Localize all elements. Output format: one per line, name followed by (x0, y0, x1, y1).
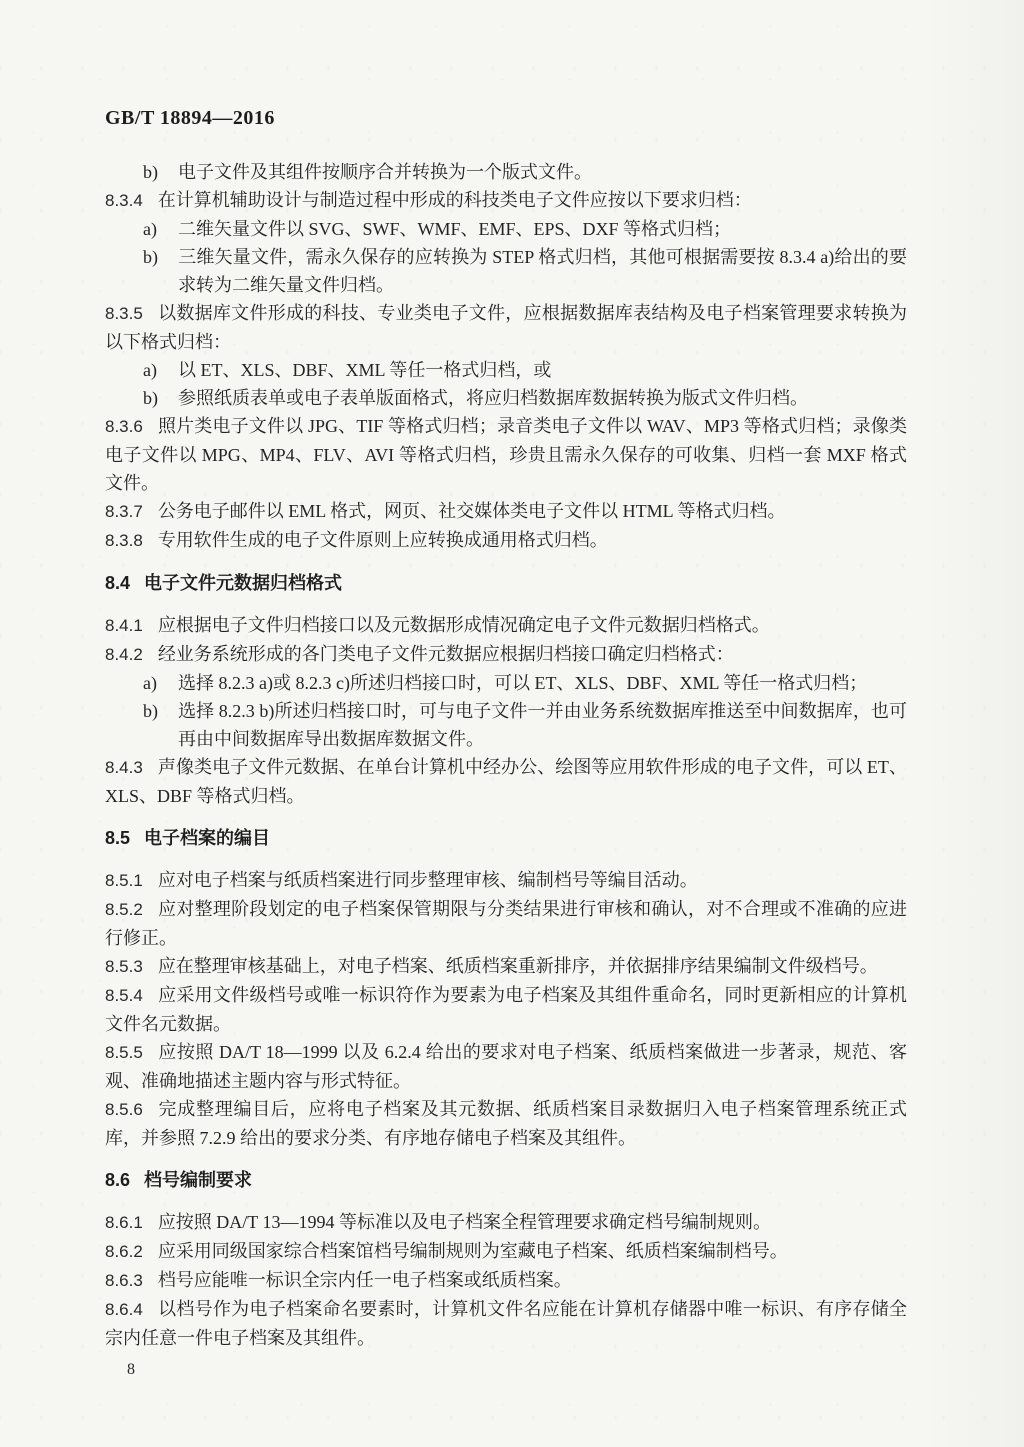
clause-text: 经业务系统形成的各门类电子文件元数据应根据归档接口确定归档格式： (158, 644, 734, 664)
clause-number: 8.5.1 (105, 871, 143, 890)
list-item-8-3-5-a: a)以 ET、XLS、DBF、XML 等任一格式归档，或 (105, 356, 907, 384)
clause-number: 8.6.1 (105, 1213, 143, 1232)
heading-number: 8.5 (105, 828, 130, 848)
heading-text: 电子文件元数据归档格式 (144, 573, 342, 593)
clause-8-4-1: 8.4.1应根据电子文件归档接口以及元数据形成情况确定电子文件元数据归档格式。 (105, 611, 907, 640)
clause-8-3-5: 8.3.5以数据库文件形成的科技、专业类电子文件，应根据数据库表结构及电子档案管… (105, 299, 907, 356)
clause-8-4-3: 8.4.3声像类电子文件元数据、在单台计算机中经办公、绘图等应用软件形成的电子文… (105, 753, 907, 810)
clause-text: 以档号作为电子档案命名要素时，计算机文件名应能在计算机存储器中唯一标识、有序存储… (105, 1299, 907, 1348)
clause-text: 应采用同级国家综合档案馆档号编制规则为室藏电子档案、纸质档案编制档号。 (158, 1241, 788, 1261)
section-heading-8-4: 8.4电子文件元数据归档格式 (105, 569, 907, 597)
list-text: 参照纸质表单或电子表单版面格式，将应归档数据库数据转换为版式文件归档。 (178, 388, 808, 408)
section-heading-8-6: 8.6档号编制要求 (105, 1166, 907, 1194)
list-item-8-3-4-a: a)二维矢量文件以 SVG、SWF、WMF、EMF、EPS、DXF 等格式归档； (105, 215, 907, 243)
list-item-8-4-2-b: b)选择 8.2.3 b)所述归档接口时，可与电子文件一并由业务系统数据库推送至… (105, 697, 907, 753)
clause-8-6-2: 8.6.2应采用同级国家综合档案馆档号编制规则为室藏电子档案、纸质档案编制档号。 (105, 1237, 907, 1266)
list-item-8-4-2-a: a)选择 8.2.3 a)或 8.2.3 c)所述归档接口时，可以 ET、XLS… (105, 669, 907, 697)
clause-text: 在计算机辅助设计与制造过程中形成的科技类电子文件应按以下要求归档： (158, 190, 752, 210)
heading-text: 档号编制要求 (144, 1170, 252, 1190)
list-item-8-3-4-b: b)三维矢量文件，需永久保存的应转换为 STEP 格式归档，其他可根据需要按 8… (105, 243, 907, 299)
list-item-b-carryover: b)电子文件及其组件按顺序合并转换为一个版式文件。 (105, 158, 907, 186)
clause-8-6-1: 8.6.1应按照 DA/T 13—1994 等标准以及电子档案全程管理要求确定档… (105, 1208, 907, 1237)
clause-number: 8.3.7 (105, 502, 143, 521)
list-label: a) (143, 356, 178, 384)
heading-number: 8.4 (105, 573, 130, 593)
clause-number: 8.3.5 (105, 304, 143, 323)
clause-8-5-1: 8.5.1应对电子档案与纸质档案进行同步整理审核、编制档号等编目活动。 (105, 866, 907, 895)
clause-8-5-3: 8.5.3应在整理审核基础上，对电子档案、纸质档案重新排序，并依据排序结果编制文… (105, 952, 907, 981)
clause-text: 档号应能唯一标识全宗内任一电子档案或纸质档案。 (158, 1270, 572, 1290)
document-code-header: GB/T 18894—2016 (105, 106, 907, 130)
clause-text: 专用软件生成的电子文件原则上应转换成通用格式归档。 (158, 530, 608, 550)
list-item-8-3-5-b: b)参照纸质表单或电子表单版面格式，将应归档数据库数据转换为版式文件归档。 (105, 384, 907, 412)
clause-number: 8.5.2 (105, 900, 143, 919)
clause-text: 公务电子邮件以 EML 格式，网页、社交媒体类电子文件以 HTML 等格式归档。 (158, 501, 786, 521)
list-label: b) (143, 697, 178, 725)
clause-8-6-4: 8.6.4以档号作为电子档案命名要素时，计算机文件名应能在计算机存储器中唯一标识… (105, 1295, 907, 1352)
list-label: b) (143, 158, 178, 186)
clause-number: 8.6.4 (105, 1300, 143, 1319)
clause-8-5-4: 8.5.4应采用文件级档号或唯一标识符作为要素为电子档案及其组件重命名，同时更新… (105, 981, 907, 1038)
clause-8-4-2: 8.4.2经业务系统形成的各门类电子文件元数据应根据归档接口确定归档格式： (105, 640, 907, 669)
clause-text: 应采用文件级档号或唯一标识符作为要素为电子档案及其组件重命名，同时更新相应的计算… (105, 985, 907, 1034)
heading-text: 电子档案的编目 (144, 828, 270, 848)
clause-number: 8.6.2 (105, 1242, 143, 1261)
clause-text: 应根据电子文件归档接口以及元数据形成情况确定电子文件元数据归档格式。 (158, 615, 770, 635)
list-label: b) (143, 243, 178, 271)
clause-number: 8.5.5 (105, 1043, 143, 1062)
list-text: 选择 8.2.3 a)或 8.2.3 c)所述归档接口时，可以 ET、XLS、D… (178, 673, 867, 693)
clause-number: 8.4.1 (105, 616, 143, 635)
clause-text: 以数据库文件形成的科技、专业类电子文件，应根据数据库表结构及电子档案管理要求转换… (105, 303, 907, 352)
clause-number: 8.3.8 (105, 531, 143, 550)
list-text: 以 ET、XLS、DBF、XML 等任一格式归档，或 (178, 360, 551, 380)
clause-8-5-6: 8.5.6完成整理编目后，应将电子档案及其元数据、纸质档案目录数据归入电子档案管… (105, 1095, 907, 1152)
list-label: a) (143, 669, 178, 697)
clause-number: 8.4.2 (105, 645, 143, 664)
clause-8-6-3: 8.6.3档号应能唯一标识全宗内任一电子档案或纸质档案。 (105, 1266, 907, 1295)
clause-number: 8.6.3 (105, 1271, 143, 1290)
clause-number: 8.3.6 (105, 417, 143, 436)
page-number: 8 (127, 1360, 907, 1380)
clause-text: 应按照 DA/T 13—1994 等标准以及电子档案全程管理要求确定档号编制规则… (158, 1212, 771, 1232)
clause-text: 照片类电子文件以 JPG、TIF 等格式归档；录音类电子文件以 WAV、MP3 … (105, 416, 907, 493)
list-text: 三维矢量文件，需永久保存的应转换为 STEP 格式归档，其他可根据需要按 8.3… (178, 247, 907, 295)
clause-number: 8.5.6 (105, 1100, 143, 1119)
clause-text: 应在整理审核基础上，对电子档案、纸质档案重新排序，并依据排序结果编制文件级档号。 (158, 956, 878, 976)
heading-number: 8.6 (105, 1170, 130, 1190)
clause-number: 8.3.4 (105, 191, 143, 210)
scanned-document-page: { "colors": { "ink": "#242424", "paper":… (0, 0, 1024, 1447)
clause-text: 声像类电子文件元数据、在单台计算机中经办公、绘图等应用软件形成的电子文件，可以 … (105, 757, 907, 806)
list-label: a) (143, 215, 178, 243)
list-label: b) (143, 384, 178, 412)
clause-text: 应按照 DA/T 18—1999 以及 6.2.4 给出的要求对电子档案、纸质档… (105, 1042, 907, 1091)
clause-text: 应对整理阶段划定的电子档案保管期限与分类结果进行审核和确认，对不合理或不准确的应… (105, 899, 907, 948)
clause-number: 8.5.3 (105, 957, 143, 976)
clause-number: 8.5.4 (105, 986, 143, 1005)
clause-8-3-6: 8.3.6照片类电子文件以 JPG、TIF 等格式归档；录音类电子文件以 WAV… (105, 412, 907, 497)
clause-8-3-4: 8.3.4在计算机辅助设计与制造过程中形成的科技类电子文件应按以下要求归档： (105, 186, 907, 215)
list-text: 电子文件及其组件按顺序合并转换为一个版式文件。 (178, 162, 592, 182)
clause-8-5-2: 8.5.2应对整理阶段划定的电子档案保管期限与分类结果进行审核和确认，对不合理或… (105, 895, 907, 952)
section-heading-8-5: 8.5电子档案的编目 (105, 824, 907, 852)
clause-8-3-7: 8.3.7公务电子邮件以 EML 格式，网页、社交媒体类电子文件以 HTML 等… (105, 497, 907, 526)
clause-text: 完成整理编目后，应将电子档案及其元数据、纸质档案目录数据归入电子档案管理系统正式… (105, 1099, 907, 1148)
clause-8-3-8: 8.3.8专用软件生成的电子文件原则上应转换成通用格式归档。 (105, 526, 907, 555)
page-body: GB/T 18894—2016 b)电子文件及其组件按顺序合并转换为一个版式文件… (105, 106, 907, 1380)
clause-text: 应对电子档案与纸质档案进行同步整理审核、编制档号等编目活动。 (158, 870, 698, 890)
list-text: 选择 8.2.3 b)所述归档接口时，可与电子文件一并由业务系统数据库推送至中间… (178, 701, 907, 749)
list-text: 二维矢量文件以 SVG、SWF、WMF、EMF、EPS、DXF 等格式归档； (178, 219, 731, 239)
clause-number: 8.4.3 (105, 758, 143, 777)
clause-8-5-5: 8.5.5应按照 DA/T 18—1999 以及 6.2.4 给出的要求对电子档… (105, 1038, 907, 1095)
